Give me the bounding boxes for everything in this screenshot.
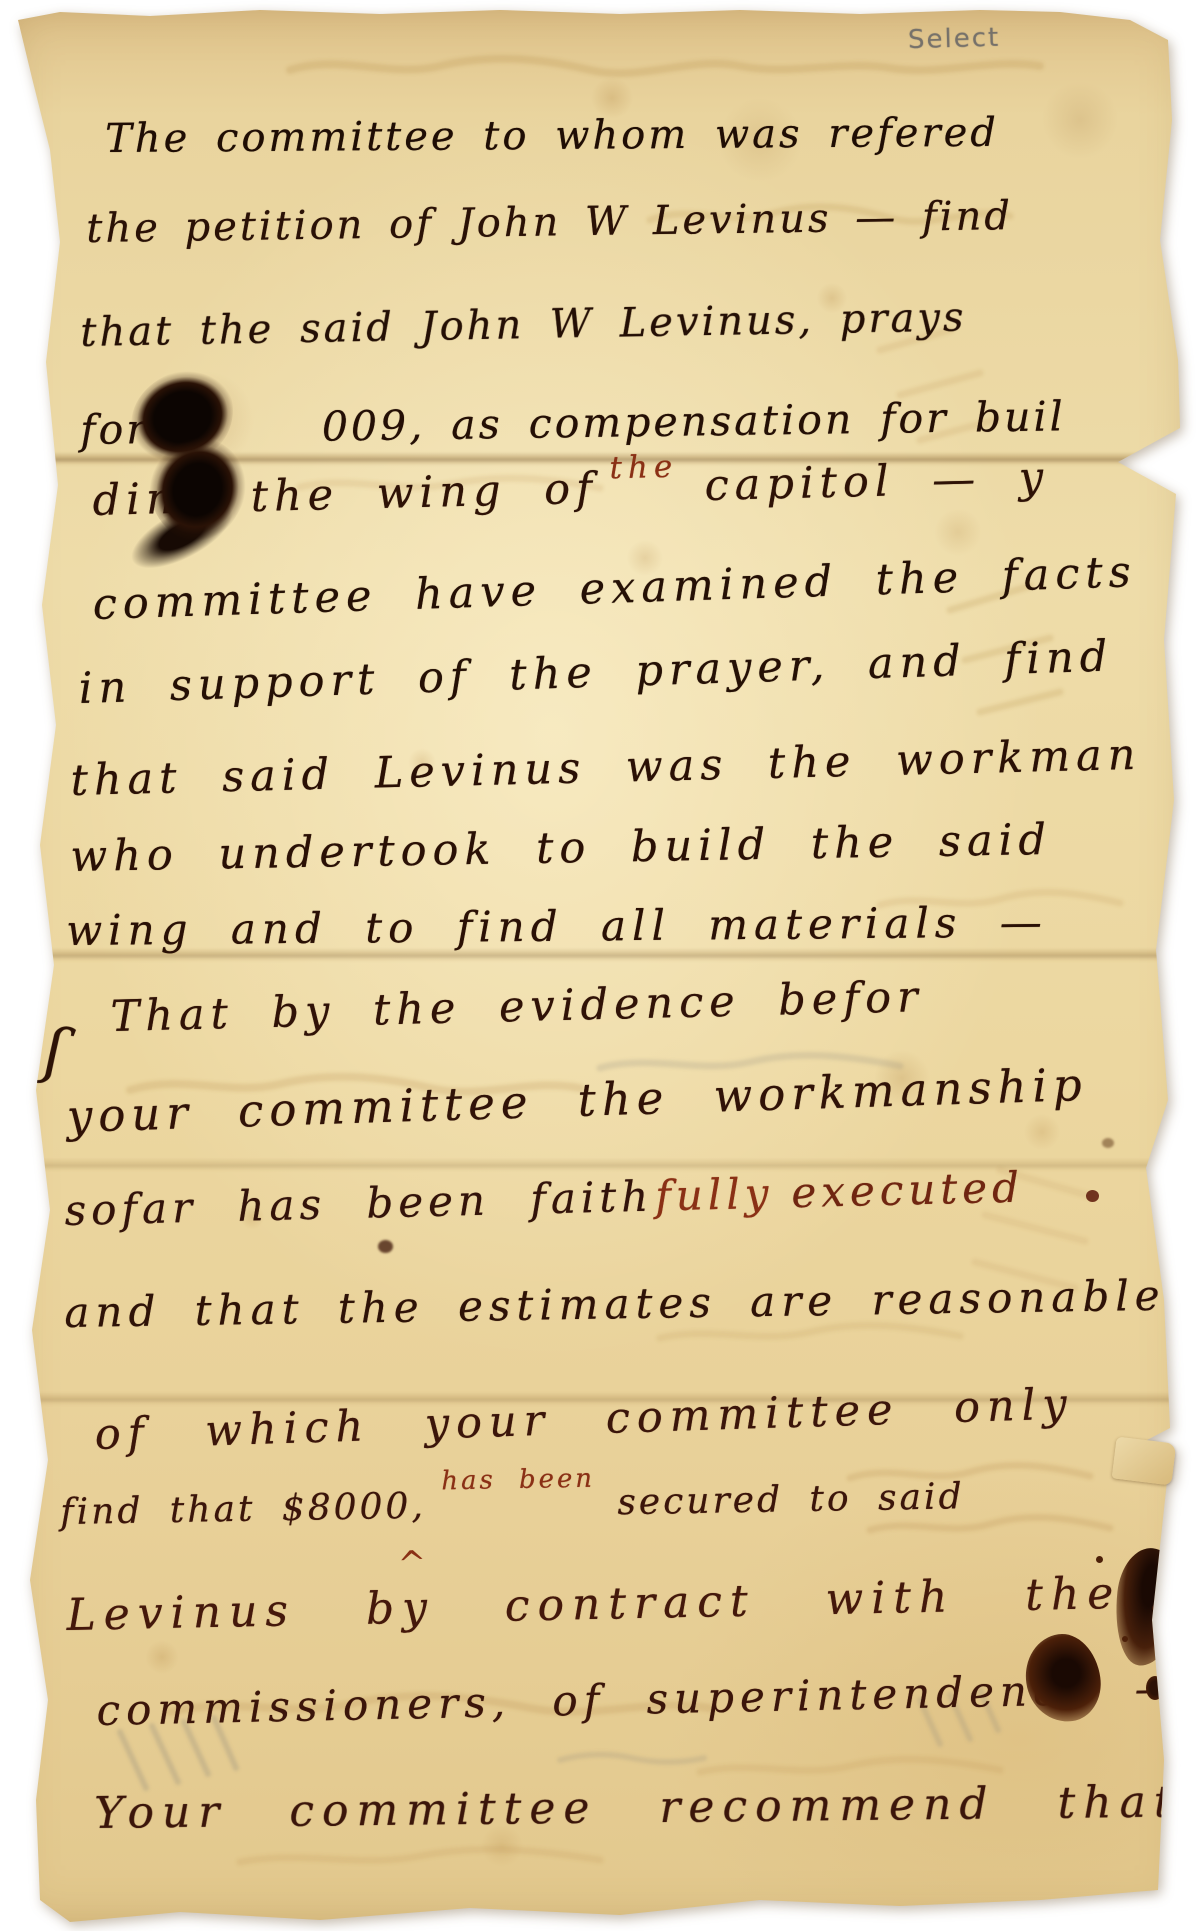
line-text: executed (791, 1163, 1025, 1218)
inserted-word: has been (441, 1464, 595, 1497)
bleed-through-texture (0, 0, 1200, 1931)
ink-stain-dot (1165, 1712, 1173, 1720)
inserted-word: fully (655, 1169, 774, 1221)
ink-stain-dot (1096, 1556, 1103, 1563)
ink-blot-tail (122, 488, 242, 581)
ink-blot (120, 362, 270, 572)
scan-background: The committee to whom was refered the pe… (0, 0, 1200, 1931)
pencil-annotation-select: Select (908, 23, 1001, 55)
ink-stain-dot (1086, 1190, 1099, 1202)
manuscript-line: wing and to find all materials — (66, 897, 1048, 955)
ink-stain-dot (1122, 1636, 1128, 1642)
line-text: find that $8000, (60, 1486, 426, 1533)
line-text: secured to said (617, 1476, 965, 1523)
line-text: capitol — y (704, 453, 1050, 511)
manuscript-page-wrap: The committee to whom was refered the pe… (0, 0, 1200, 1931)
ink-stain-dot (1152, 1604, 1162, 1612)
insertion-caret: ^ (397, 1543, 428, 1585)
torn-edge-flap (1112, 1437, 1177, 1486)
ink-smudge (1102, 1138, 1114, 1148)
line-text: wing and to find all materials — (66, 897, 1048, 955)
manuscript-line: The committee to whom was refered (105, 110, 999, 162)
inserted-word: the (609, 449, 679, 487)
manuscript-page: The committee to whom was refered the pe… (0, 0, 1200, 1931)
line-text: The committee to whom was refered (105, 110, 999, 162)
ink-stain-dot (1146, 1676, 1164, 1700)
ink-smudge (378, 1240, 393, 1253)
